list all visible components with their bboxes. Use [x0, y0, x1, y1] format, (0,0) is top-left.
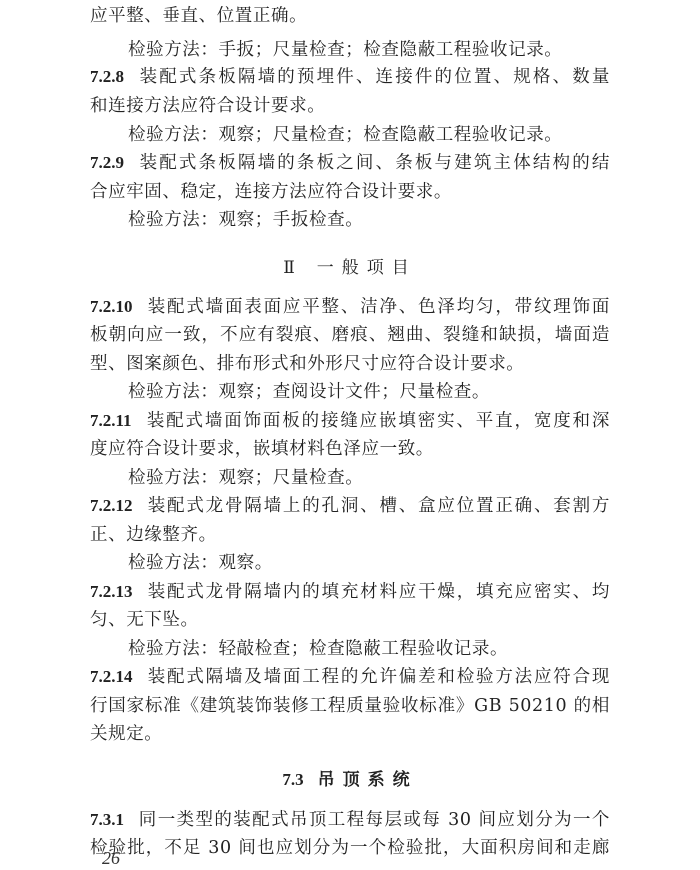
- clause-number: 7.2.8: [90, 67, 124, 86]
- section-heading-general-items: Ⅱ一般项目: [0, 256, 700, 280]
- text-line: 度应符合设计要求，嵌填材料色泽应一致。: [90, 437, 610, 461]
- clause-7-2-12: 7.2.12装配式龙骨隔墙上的孔洞、槽、盒应位置正确、套割方: [90, 494, 610, 518]
- clause-number: 7.2.14: [90, 667, 133, 686]
- clause-text: 装配式隔墙及墙面工程的允许偏差和检验方法应符合现: [147, 667, 611, 687]
- inspection-method: 检验方法：手扳；尺量检查；检查隐蔽工程验收记录。: [128, 38, 610, 62]
- document-page: 应平整、垂直、位置正确。 检验方法：手扳；尺量检查；检查隐蔽工程验收记录。 7.…: [0, 0, 700, 870]
- inspection-method: 检验方法：轻敲检查；检查隐蔽工程验收记录。: [128, 637, 610, 661]
- clause-7-2-9: 7.2.9装配式条板隔墙的条板之间、条板与建筑主体结构的结: [90, 151, 610, 175]
- text-line: 合应牢固、稳定，连接方法应符合设计要求。: [90, 180, 610, 204]
- inspection-method: 检验方法：观察；查阅设计文件；尺量检查。: [128, 380, 610, 404]
- clause-text: 装配式龙骨隔墙内的填充材料应干燥，填充应密实、均: [147, 582, 611, 602]
- clause-text: 装配式墙面饰面板的接缝应嵌填密实、平直，宽度和深: [146, 411, 610, 431]
- heading-text: 一般项目: [317, 258, 417, 278]
- clause-number: 7.2.11: [90, 411, 132, 430]
- clause-text: 装配式条板隔墙的预埋件、连接件的位置、规格、数量: [138, 67, 610, 87]
- clause-7-3-1: 7.3.1同一类型的装配式吊顶工程每层或每 30 间应划分为一个: [90, 808, 610, 832]
- clause-text: 装配式墙面表面应平整、洁净、色泽均匀，带纹理饰面: [147, 297, 611, 317]
- inspection-method: 检验方法：观察；尺量检查。: [128, 466, 610, 490]
- clause-text: 同一类型的装配式吊顶工程每层或每 30 间应划分为一个: [138, 810, 610, 830]
- page-number: 26: [102, 848, 120, 869]
- text-line: 检验批，不足 30 间也应划分为一个检验批，大面积房间和走廊: [90, 836, 610, 860]
- inspection-method: 检验方法：观察；尺量检查；检查隐蔽工程验收记录。: [128, 123, 610, 147]
- inspection-method: 检验方法：观察。: [128, 551, 610, 575]
- clause-7-2-8: 7.2.8装配式条板隔墙的预埋件、连接件的位置、规格、数量: [90, 65, 610, 89]
- clause-7-2-13: 7.2.13装配式龙骨隔墙内的填充材料应干燥，填充应密实、均: [90, 580, 610, 604]
- text-line: 型、图案颜色、排布形式和外形尺寸应符合设计要求。: [90, 352, 610, 376]
- roman-numeral: Ⅱ: [283, 258, 303, 278]
- clause-7-2-11: 7.2.11装配式墙面饰面板的接缝应嵌填密实、平直，宽度和深: [90, 409, 610, 433]
- clause-7-2-14: 7.2.14装配式隔墙及墙面工程的允许偏差和检验方法应符合现: [90, 665, 610, 689]
- clause-number: 7.2.10: [90, 297, 133, 316]
- section-number: 7.3: [282, 770, 303, 789]
- clause-7-2-10: 7.2.10装配式墙面表面应平整、洁净、色泽均匀，带纹理饰面: [90, 295, 610, 319]
- text-line: 匀、无下坠。: [90, 608, 610, 632]
- text-line: 和连接方法应符合设计要求。: [90, 94, 610, 118]
- clause-number: 7.2.13: [90, 582, 133, 601]
- text-line: 应平整、垂直、位置正确。: [90, 4, 610, 28]
- text-line: 关规定。: [90, 722, 610, 746]
- clause-number: 7.3.1: [90, 810, 124, 829]
- section-heading-7-3: 7.3吊顶系统: [0, 768, 700, 792]
- inspection-method: 检验方法：观察；手扳检查。: [128, 208, 610, 232]
- text-line: 板朝向应一致，不应有裂痕、磨痕、翘曲、裂缝和缺损，墙面造: [90, 323, 610, 347]
- clause-text: 装配式条板隔墙的条板之间、条板与建筑主体结构的结: [138, 153, 610, 173]
- heading-text: 吊顶系统: [318, 770, 418, 790]
- text-line: 正、边缘整齐。: [90, 523, 610, 547]
- clause-number: 7.2.12: [90, 496, 133, 515]
- text-line: 行国家标准《建筑装饰装修工程质量验收标准》GB 50210 的相: [90, 694, 610, 718]
- clause-number: 7.2.9: [90, 153, 124, 172]
- clause-text: 装配式龙骨隔墙上的孔洞、槽、盒应位置正确、套割方: [147, 496, 611, 516]
